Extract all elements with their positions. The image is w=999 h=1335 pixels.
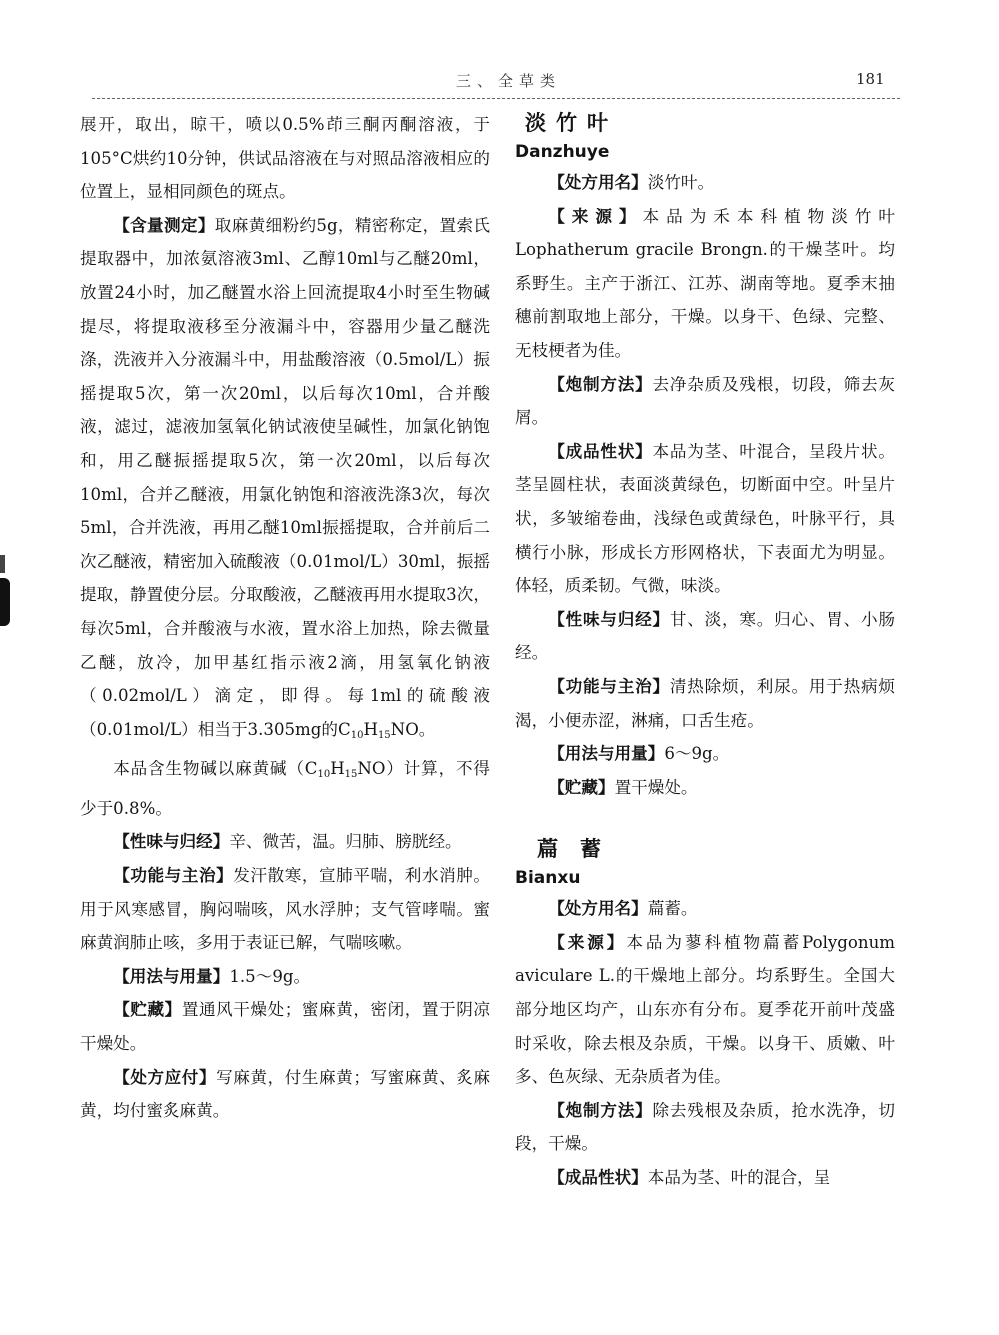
section-tag: 【来源】	[548, 206, 642, 226]
section-paragraph: 【性味与归经】辛、微苦，温。归肺、膀胱经。	[80, 825, 490, 859]
section-tag: 【成品性状】	[548, 441, 652, 461]
section-paragraph: 【用法与用量】6～9g。	[515, 737, 895, 771]
section-paragraph: 【处方用名】淡竹叶。	[515, 166, 895, 200]
scan-edge-mark	[0, 555, 5, 573]
section-tag: 【成品性状】	[548, 1167, 648, 1187]
section-text: 1.5～9g。	[229, 967, 310, 986]
section-tag: 【炮制方法】	[548, 1100, 652, 1120]
assay-paragraph: 【含量测定】取麻黄细粉约5g，精密称定，置索氏提取器中，加浓氨溶液3ml、乙醇1…	[80, 209, 490, 753]
left-column: 展开，取出，晾干，喷以0.5%茚三酮丙酮溶液，于105°C烘约10分钟，供试品溶…	[80, 108, 490, 1128]
section-tag: 【炮制方法】	[548, 374, 652, 394]
section-paragraph: 【炮制方法】去净杂质及残根，切段，筛去灰屑。	[515, 368, 895, 435]
section-text: 萹蓄。	[648, 899, 698, 918]
section-text: 淡竹叶。	[648, 173, 714, 192]
page-number: 181	[856, 70, 885, 88]
section-paragraph: 【用法与用量】1.5～9g。	[80, 960, 490, 994]
section-paragraph: 【性味与归经】甘、淡，寒。归心、胃、小肠经。	[515, 603, 895, 670]
section-tag: 【贮藏】	[113, 999, 182, 1019]
right-column: 淡竹叶 Danzhuye 【处方用名】淡竹叶。 【来源】本品为禾本科植物淡竹叶L…	[515, 108, 895, 1195]
section-paragraph: 【处方应付】写麻黄，付生麻黄；写蜜麻黄、炙麻黄，均付蜜炙麻黄。	[80, 1061, 490, 1128]
section-tag: 【含量测定】	[113, 215, 215, 235]
section-tag: 【功能与主治】	[113, 865, 233, 885]
section-text: 置干燥处。	[615, 778, 698, 797]
section-tag: 【处方用名】	[548, 172, 648, 192]
section-paragraph: 【成品性状】本品为茎、叶的混合，呈	[515, 1161, 895, 1195]
section-paragraph: 【来源】本品为蓼科植物萹蓄Polygonum aviculare L.的干燥地上…	[515, 926, 895, 1094]
section-paragraph: 【来源】本品为禾本科植物淡竹叶Lophatherum gracile Brong…	[515, 200, 895, 368]
content-paragraph: 本品含生物碱以麻黄碱（C10H15NO）计算，不得少于0.8%。	[80, 752, 490, 825]
page-header: 三、全草类 181	[0, 64, 999, 104]
section-tag: 【贮藏】	[548, 777, 614, 797]
section-tag: 【来源】	[548, 932, 626, 952]
entry-title-pinyin: Bianxu	[515, 864, 895, 892]
section-paragraph: 【炮制方法】除去残根及杂质，抢水洗净，切段，干燥。	[515, 1094, 895, 1161]
entry-title-cn: 萹蓄	[515, 834, 895, 864]
section-text: 取麻黄细粉约5g，精密称定，置索氏提取器中，加浓氨溶液3ml、乙醇10ml与乙醚…	[80, 216, 490, 739]
section-tag: 【处方应付】	[113, 1067, 216, 1087]
section-paragraph: 【功能与主治】清热除烦，利尿。用于热病烦渴，小便赤涩，淋痛，口舌生疮。	[515, 670, 895, 737]
section-paragraph: 【处方用名】萹蓄。	[515, 892, 895, 926]
section-text: 本品为茎、叶的混合，呈	[648, 1168, 831, 1187]
section-text: 本品为禾本科植物淡竹叶Lophatherum gracile Brongn.的干…	[515, 207, 895, 360]
section-text: 本品为蓼科植物萹蓄Polygonum aviculare L.的干燥地上部分。均…	[515, 933, 895, 1086]
continuation-paragraph: 展开，取出，晾干，喷以0.5%茚三酮丙酮溶液，于105°C烘约10分钟，供试品溶…	[80, 108, 490, 209]
entry-spacer	[515, 804, 895, 834]
section-tag: 【功能与主治】	[548, 676, 670, 696]
entry-title-pinyin: Danzhuye	[515, 138, 895, 166]
section-paragraph: 【成品性状】本品为茎、叶混合，呈段片状。茎呈圆柱状，表面淡黄绿色，切断面中空。叶…	[515, 435, 895, 603]
section-paragraph: 【贮藏】置干燥处。	[515, 771, 895, 805]
section-tag: 【用法与用量】	[113, 966, 229, 986]
section-tag: 【性味与归经】	[548, 609, 670, 629]
section-text: 辛、微苦，温。归肺、膀胱经。	[229, 832, 461, 851]
section-paragraph: 【贮藏】置通风干燥处；蜜麻黄，密闭，置于阴凉干燥处。	[80, 993, 490, 1060]
entry-danzhuye: 淡竹叶 Danzhuye 【处方用名】淡竹叶。 【来源】本品为禾本科植物淡竹叶L…	[515, 108, 895, 804]
entry-bianxu: 萹蓄 Bianxu 【处方用名】萹蓄。 【来源】本品为蓼科植物萹蓄Polygon…	[515, 834, 895, 1194]
section-tag: 【处方用名】	[548, 898, 648, 918]
running-title: 三、全草类	[456, 70, 561, 91]
scan-edge-mark	[0, 578, 10, 626]
section-tag: 【用法与用量】	[548, 743, 664, 763]
header-rule	[92, 98, 900, 99]
section-text: 本品为茎、叶混合，呈段片状。茎呈圆柱状，表面淡黄绿色，切断面中空。叶呈片状，多皱…	[515, 442, 895, 595]
section-text: 6～9g。	[664, 744, 729, 763]
entry-title-cn: 淡竹叶	[515, 108, 895, 138]
section-tag: 【性味与归经】	[113, 831, 229, 851]
section-paragraph: 【功能与主治】发汗散寒，宣肺平喘，利水消肿。用于风寒感冒，胸闷喘咳，风水浮肿；支…	[80, 859, 490, 960]
